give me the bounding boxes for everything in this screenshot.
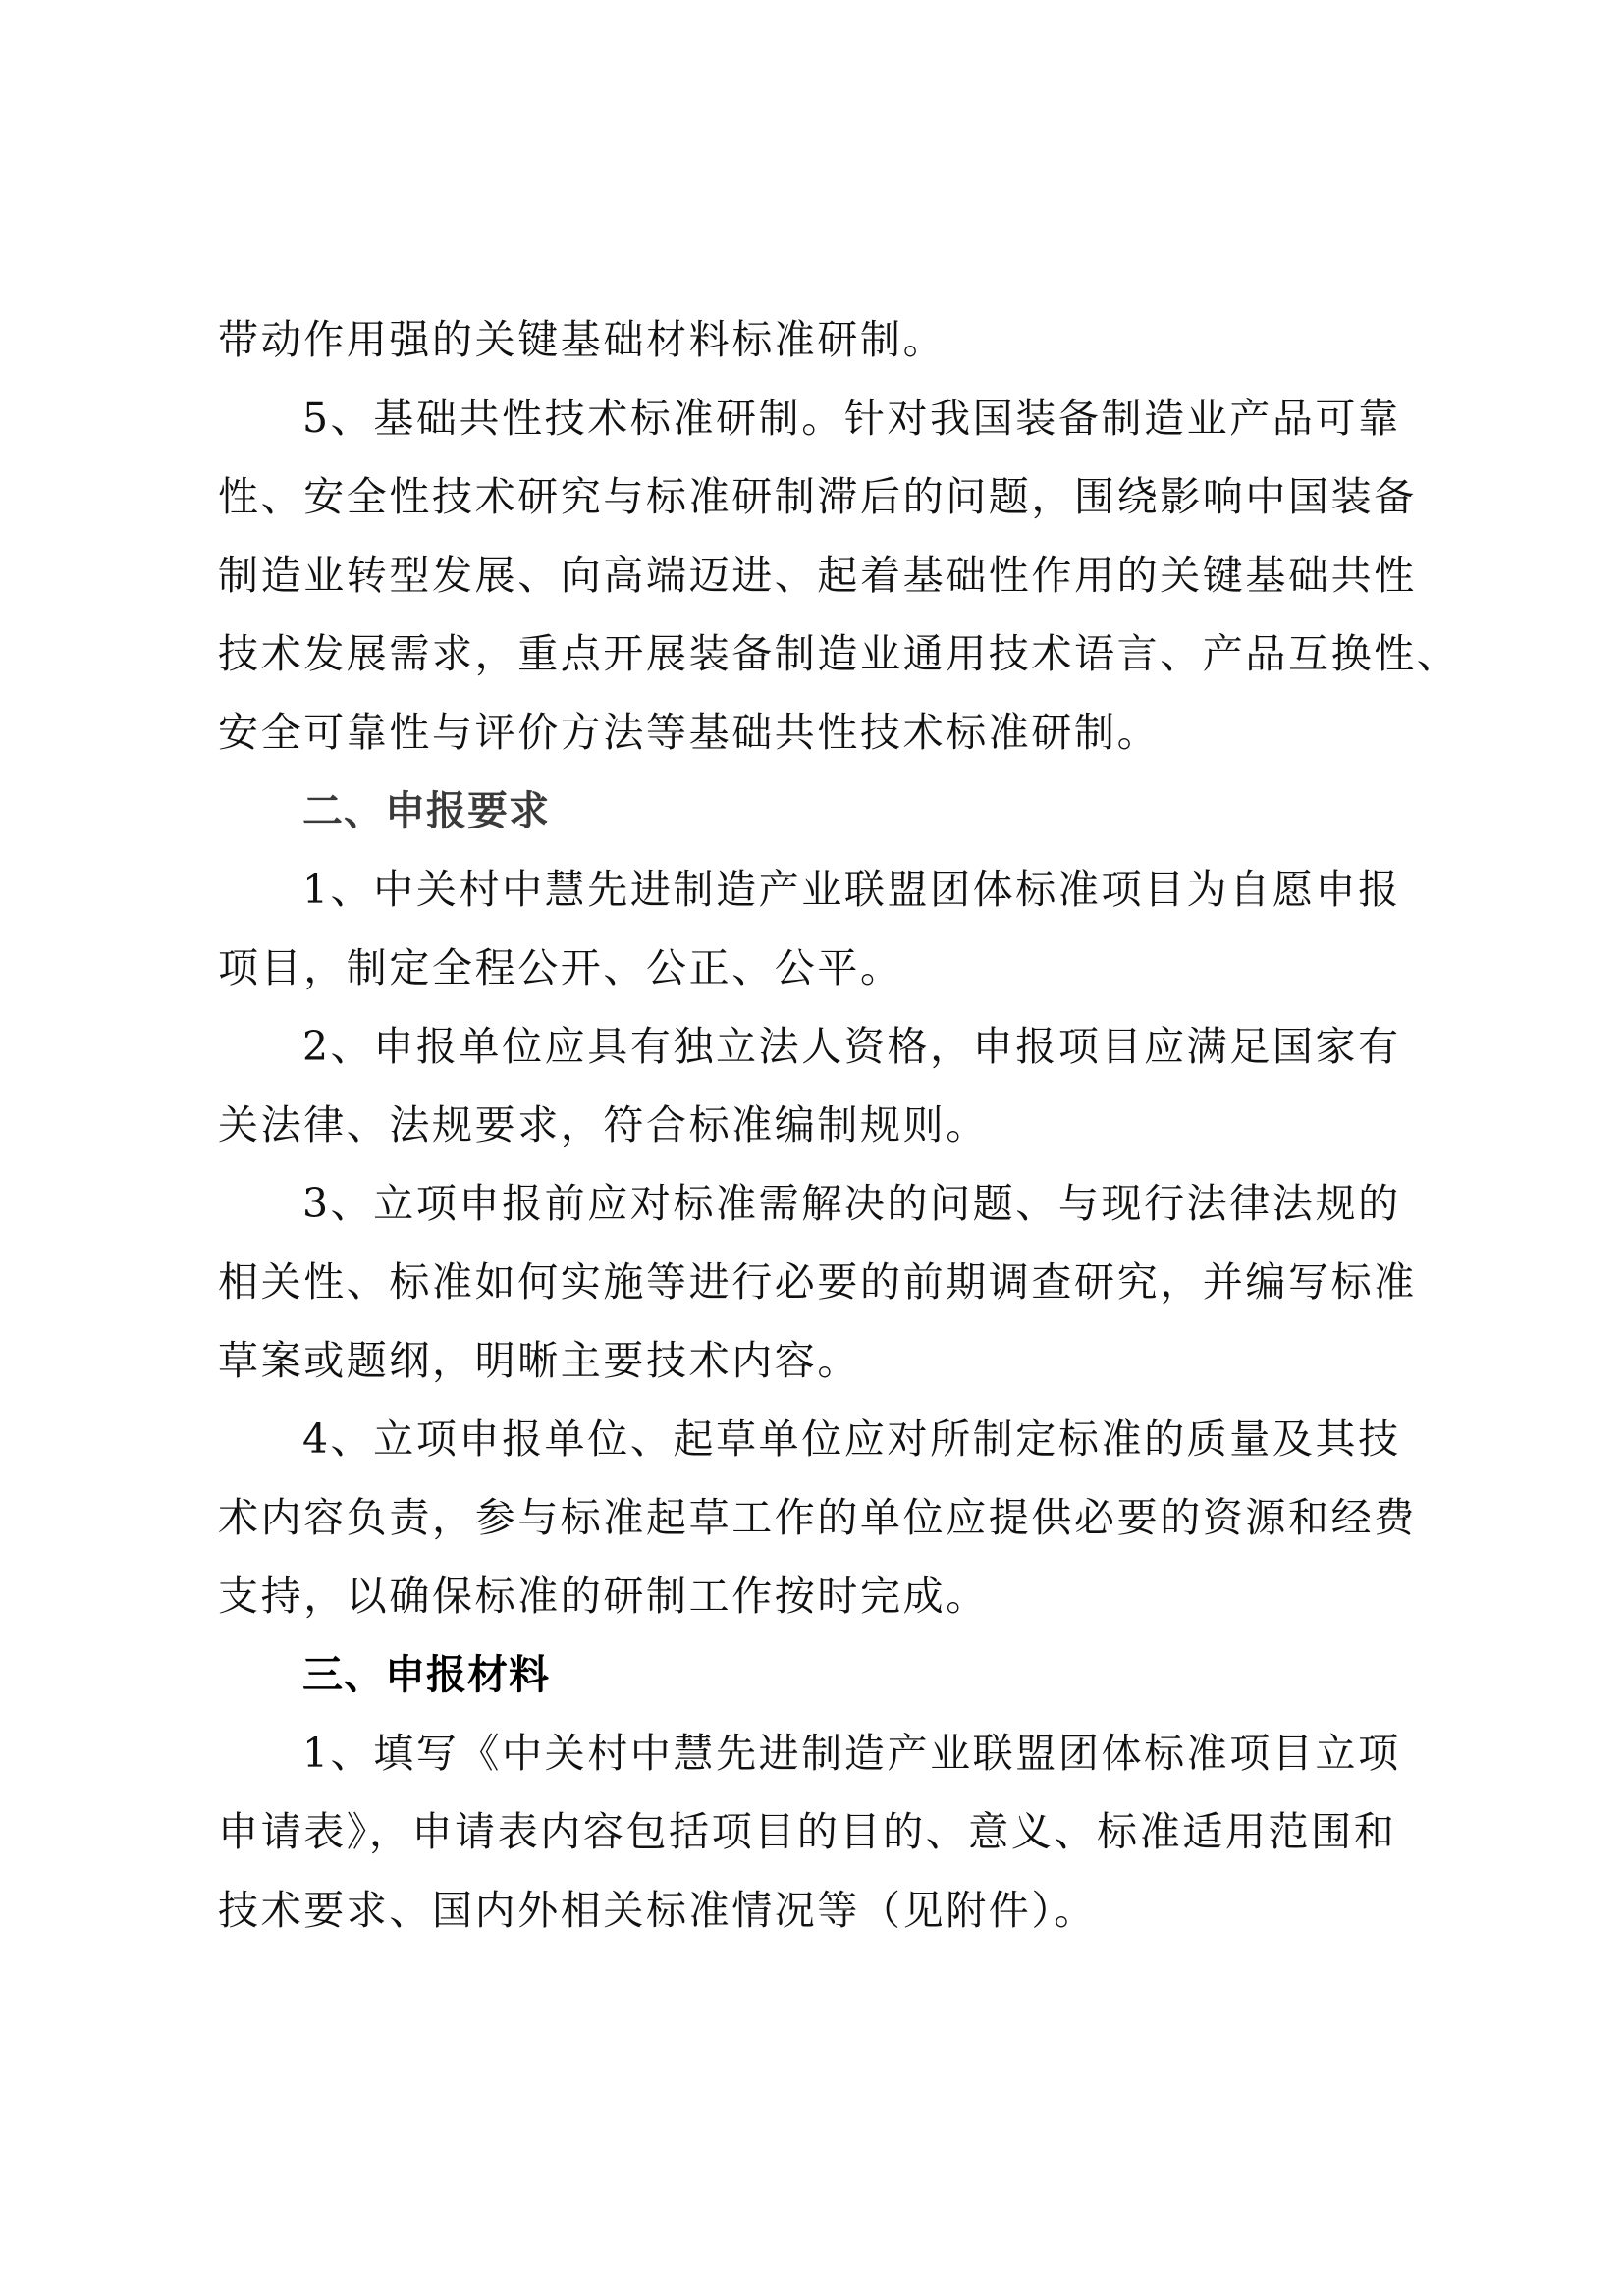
materials-1-line-1: 1、填写《中关村中慧先进制造产业联盟团体标准项目立项 (218, 1726, 1422, 1804)
requirement-4-line-2: 术内容负责，参与标准起草工作的单位应提供必要的资源和经费 (218, 1490, 1422, 1569)
document-body: 带动作用强的关键基础材料标准研制。 5、基础共性技术标准研制。针对我国装备制造业… (218, 312, 1422, 1961)
document-page: 带动作用强的关键基础材料标准研制。 5、基础共性技术标准研制。针对我国装备制造业… (0, 0, 1624, 2296)
paragraph-line: 带动作用强的关键基础材料标准研制。 (218, 312, 1422, 391)
item-5-line-5: 安全可靠性与评价方法等基础共性技术标准研制。 (218, 705, 1422, 783)
section-heading-requirements: 二、申报要求 (218, 783, 1422, 862)
item-5-line-3: 制造业转型发展、向高端迈进、起着基础性作用的关键基础共性 (218, 548, 1422, 626)
requirement-3-line-3: 草案或题纲，明晰主要技术内容。 (218, 1333, 1422, 1412)
requirement-4-line-3: 支持，以确保标准的研制工作按时完成。 (218, 1569, 1422, 1647)
requirement-2-line-2: 关法律、法规要求，符合标准编制规则。 (218, 1097, 1422, 1176)
item-5-line-1: 5、基础共性技术标准研制。针对我国装备制造业产品可靠 (218, 391, 1422, 469)
requirement-3-line-1: 3、立项申报前应对标准需解决的问题、与现行法律法规的 (218, 1176, 1422, 1255)
requirement-4-line-1: 4、立项申报单位、起草单位应对所制定标准的质量及其技 (218, 1412, 1422, 1490)
section-heading-materials: 三、申报材料 (218, 1647, 1422, 1726)
requirement-1-line-2: 项目，制定全程公开、公正、公平。 (218, 940, 1422, 1019)
item-5-line-4: 技术发展需求，重点开展装备制造业通用技术语言、产品互换性、 (218, 626, 1422, 705)
requirement-1-line-1: 1、中关村中慧先进制造产业联盟团体标准项目为自愿申报 (218, 862, 1422, 940)
requirement-2-line-1: 2、申报单位应具有独立法人资格，申报项目应满足国家有 (218, 1019, 1422, 1097)
item-5-line-2: 性、安全性技术研究与标准研制滞后的问题，围绕影响中国装备 (218, 469, 1422, 548)
materials-1-line-3: 技术要求、国内外相关标准情况等（见附件）。 (218, 1883, 1422, 1961)
materials-1-line-2: 申请表》，申请表内容包括项目的目的、意义、标准适用范围和 (218, 1804, 1422, 1883)
requirement-3-line-2: 相关性、标准如何实施等进行必要的前期调查研究，并编写标准 (218, 1255, 1422, 1333)
